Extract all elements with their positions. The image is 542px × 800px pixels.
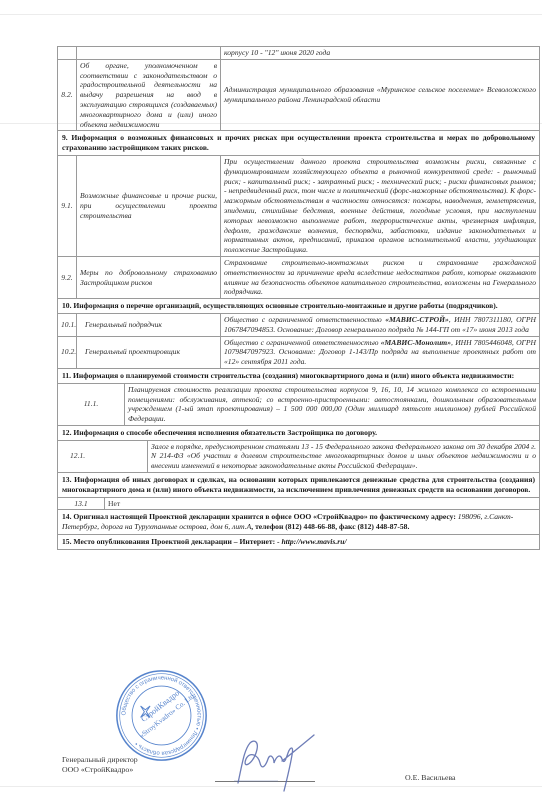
section-title: 12. Информация о способе обеспечения исп… xyxy=(58,425,540,440)
row-value: При осуществлении данного проекта строит… xyxy=(221,155,540,256)
section-title: 13. Информация об иных договорах и сделк… xyxy=(58,473,540,498)
row-number: 10.2. xyxy=(58,336,77,368)
section-header-10: 10. Информация о перечне организаций, ос… xyxy=(58,299,540,314)
table-row: корпусу 10 - "12" июня 2020 года xyxy=(58,47,540,60)
section-title: 9. Информация о возможных финансовых и п… xyxy=(58,131,540,156)
nested-row: 11.1. Планируемая стоимость реализации п… xyxy=(58,384,539,425)
section-title: 10. Информация о перечне организаций, ос… xyxy=(58,299,540,314)
publication-text: 15. Место опубликования Проектной деклар… xyxy=(62,537,281,546)
table-row-10-1: 10.1. Генеральный подрядчик Общество с о… xyxy=(58,313,540,336)
company-name: «МАВИС-Монолит» xyxy=(381,338,451,347)
value-text: Общество с ограниченной ответственностью xyxy=(224,338,381,347)
nested-row: 12.1. Залог в порядке, предусмотренном с… xyxy=(58,441,539,472)
declaration-table: корпусу 10 - "12" июня 2020 года 8.2. Об… xyxy=(57,46,540,550)
row-number: 11.1. xyxy=(58,384,125,425)
row-label: Возможные финансовые и прочие риски, при… xyxy=(77,155,221,256)
row-value: Планируемая стоимость реализации проекта… xyxy=(125,384,540,425)
row-number: 12.1. xyxy=(58,441,148,472)
table-row-8-2: 8.2. Об органе, уполномоченном в соответ… xyxy=(58,59,540,131)
row-value: Залог в порядке, предусмотренном статьям… xyxy=(148,441,540,472)
section-header-9: 9. Информация о возможных финансовых и п… xyxy=(58,131,540,156)
signer-name: О.Е. Васильева xyxy=(405,773,455,783)
document-page: корпусу 10 - "12" июня 2020 года 8.2. Об… xyxy=(0,0,542,800)
row-value: Администрация муниципального образования… xyxy=(221,59,540,131)
section-title: 11. Информация о планируемой стоимости с… xyxy=(58,368,540,383)
section-header-14: 14. Оригинал настоящей Проектной деклара… xyxy=(58,510,540,535)
company-name: ООО «СтройКвадро» xyxy=(62,765,138,775)
table-row-11-1: 11.1. Планируемая стоимость реализации п… xyxy=(58,383,540,425)
row-value: Общество с ограниченной ответственностью… xyxy=(221,313,540,336)
row-number: 10.1. xyxy=(58,313,77,336)
company-name: «МАВИС-СТРОЙ» xyxy=(385,315,449,324)
value-text: Общество с ограниченной ответственностью xyxy=(224,315,385,324)
row-label: Об органе, уполномоченном в соответствии… xyxy=(77,59,221,131)
nested-row: 13.1 Нет xyxy=(58,498,539,510)
section-header-11: 11. Информация о планируемой стоимости с… xyxy=(58,368,540,383)
scan-artifact xyxy=(0,14,542,15)
section-title: 14. Оригинал настоящей Проектной деклара… xyxy=(58,510,540,535)
section-header-12: 12. Информация о способе обеспечения исп… xyxy=(58,425,540,440)
row-label: Генеральный подрядчик xyxy=(77,313,221,336)
row-number: 9.1. xyxy=(58,155,77,256)
row-number: 13.1 xyxy=(58,498,105,510)
table-row-9-2: 9.2. Меры по добровольному страхованию З… xyxy=(58,256,540,298)
section-header-15: 15. Место опубликования Проектной деклар… xyxy=(58,535,540,550)
row-label: Генеральный проектировщик xyxy=(77,336,221,368)
row-label: Меры по добровольному страхованию Застро… xyxy=(77,256,221,298)
section-title: 15. Место опубликования Проектной деклар… xyxy=(58,535,540,550)
signature-icon xyxy=(230,725,320,795)
company-stamp-icon: Общество с ограниченной ответственностью… xyxy=(114,668,209,763)
website-link[interactable]: http://www.mavis.ru/ xyxy=(281,537,346,546)
office-contacts: , телефон (812) 448-66-88, факс (812) 44… xyxy=(251,522,409,531)
cell-value: корпусу 10 - "12" июня 2020 года xyxy=(221,47,540,60)
row-number: 8.2. xyxy=(58,59,77,131)
row-value: Страхование строительно-монтажных рисков… xyxy=(221,256,540,298)
table-row-9-1: 9.1. Возможные финансовые и прочие риски… xyxy=(58,155,540,256)
table-row-13-1: 13.1 Нет xyxy=(58,497,540,510)
row-number: 9.2. xyxy=(58,256,77,298)
table-row-12-1: 12.1. Залог в порядке, предусмотренном с… xyxy=(58,440,540,472)
row-value: Общество с ограниченной ответственностью… xyxy=(221,336,540,368)
row-value: Нет xyxy=(105,498,540,510)
section-header-13: 13. Информация об иных договорах и сделк… xyxy=(58,473,540,498)
office-text: 14. Оригинал настоящей Проектной деклара… xyxy=(62,512,458,521)
table-row-10-2: 10.2. Генеральный проектировщик Общество… xyxy=(58,336,540,368)
